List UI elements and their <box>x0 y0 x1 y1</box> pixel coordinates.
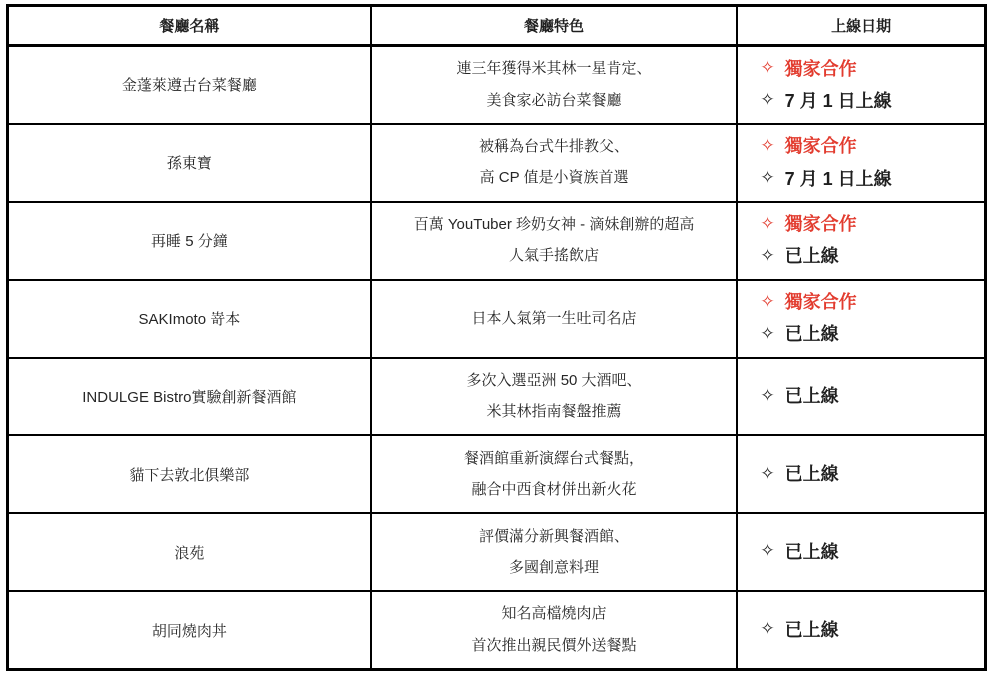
four-pointed-star-icon: ✧ <box>760 386 774 406</box>
restaurant-name-cell: 胡同燒肉丼 <box>9 592 370 668</box>
status-text: 已上線 <box>785 246 839 267</box>
launch-status: ✧7 月 1 日上線 <box>760 91 984 112</box>
restaurant-feature-line: 知名高檔燒肉店 <box>496 605 613 623</box>
column-header-restaurant-feature: 餐廳特色 <box>370 7 737 44</box>
exclusive-partnership-status: ✧獨家合作 <box>760 214 984 235</box>
launch-status: ✧已上線 <box>760 620 984 641</box>
column-header-launch-date: 上線日期 <box>736 7 984 44</box>
restaurant-name: 金蓬萊遵古台菜餐廳 <box>122 74 257 95</box>
launch-status: ✧已上線 <box>760 324 984 345</box>
restaurant-feature-line: 米其林指南餐盤推薦 <box>481 403 628 421</box>
four-pointed-star-icon: ✧ <box>760 324 774 344</box>
restaurant-name: SAKImoto 嵜本 <box>139 308 241 329</box>
table-row: SAKImoto 嵜本 日本人氣第一生吐司名店 ✧獨家合作✧已上線 <box>9 279 984 357</box>
four-pointed-star-icon: ✧ <box>760 58 774 78</box>
table-row: 孫東寶 被稱為台式牛排教父、高 CP 值是小資族首選 ✧獨家合作✧7 月 1 日… <box>9 123 984 201</box>
launch-date-cell: ✧獨家合作✧已上線 <box>736 203 984 279</box>
exclusive-partnership-status: ✧獨家合作 <box>760 136 984 157</box>
restaurant-name-cell: SAKImoto 嵜本 <box>9 281 370 357</box>
restaurant-name-cell: 再睡 5 分鐘 <box>9 203 370 279</box>
status-text: 獨家合作 <box>785 59 857 80</box>
restaurant-name: 浪苑 <box>174 542 204 563</box>
column-header-restaurant-name: 餐廳名稱 <box>9 7 370 44</box>
launch-status: ✧7 月 1 日上線 <box>760 169 984 190</box>
four-pointed-star-icon: ✧ <box>760 90 774 110</box>
four-pointed-star-icon: ✧ <box>760 541 774 561</box>
restaurant-feature-line: 融合中西食材併出新火花 <box>466 481 643 499</box>
restaurant-feature-line: 連三年獲得米其林一星肯定、 <box>451 60 658 78</box>
status-text: 已上線 <box>785 324 839 345</box>
restaurant-feature-line: 多國創意料理 <box>503 559 605 577</box>
launch-date-cell: ✧獨家合作✧7 月 1 日上線 <box>736 47 984 123</box>
restaurant-name: 胡同燒肉丼 <box>152 620 227 641</box>
launch-date-cell: ✧已上線 <box>736 592 984 668</box>
launch-date-cell: ✧已上線 <box>736 436 984 512</box>
launch-status: ✧已上線 <box>760 386 984 407</box>
four-pointed-star-icon: ✧ <box>760 168 774 188</box>
restaurant-feature-cell: 餐酒館重新演繹台式餐點，融合中西食材併出新火花 <box>370 436 737 512</box>
restaurant-feature-line: 高 CP 值是小資族首選 <box>474 169 635 187</box>
restaurant-name: INDULGE Bistro實驗創新餐酒館 <box>82 386 296 407</box>
launch-date-cell: ✧已上線 <box>736 514 984 590</box>
status-text: 已上線 <box>785 464 839 485</box>
restaurant-feature-line: 餐酒館重新演繹台式餐點， <box>458 450 650 468</box>
launch-date-cell: ✧已上線 <box>736 359 984 435</box>
table-row: 貓下去敦北俱樂部 餐酒館重新演繹台式餐點，融合中西食材併出新火花 ✧已上線 <box>9 434 984 512</box>
restaurant-feature-cell: 連三年獲得米其林一星肯定、美食家必訪台菜餐廳 <box>370 47 737 123</box>
four-pointed-star-icon: ✧ <box>760 619 774 639</box>
restaurant-name-cell: 孫東寶 <box>9 125 370 201</box>
status-text: 已上線 <box>785 620 839 641</box>
table-header-row: 餐廳名稱 餐廳特色 上線日期 <box>9 7 984 47</box>
restaurant-feature-line: 百萬 YouTuber 珍奶女神 - 滴妹創辦的超高 <box>408 216 701 234</box>
table-body: 金蓬萊遵古台菜餐廳 連三年獲得米其林一星肯定、美食家必訪台菜餐廳 ✧獨家合作✧7… <box>9 47 984 668</box>
launch-date-cell: ✧獨家合作✧已上線 <box>736 281 984 357</box>
status-text: 已上線 <box>785 386 839 407</box>
restaurant-feature-line: 美食家必訪台菜餐廳 <box>481 92 628 110</box>
four-pointed-star-icon: ✧ <box>760 464 774 484</box>
four-pointed-star-icon: ✧ <box>760 136 774 156</box>
table-row: 浪苑 評價滿分新興餐酒館、多國創意料理 ✧已上線 <box>9 512 984 590</box>
exclusive-partnership-status: ✧獨家合作 <box>760 59 984 80</box>
restaurant-feature-cell: 百萬 YouTuber 珍奶女神 - 滴妹創辦的超高人氣手搖飲店 <box>370 203 737 279</box>
status-text: 7 月 1 日上線 <box>785 91 892 112</box>
launch-status: ✧已上線 <box>760 464 984 485</box>
restaurant-name-cell: INDULGE Bistro實驗創新餐酒館 <box>9 359 370 435</box>
restaurant-feature-line: 日本人氣第一生吐司名店 <box>466 310 643 328</box>
four-pointed-star-icon: ✧ <box>760 292 774 312</box>
restaurant-feature-line: 評價滿分新興餐酒館、 <box>473 528 635 546</box>
launch-status: ✧已上線 <box>760 246 984 267</box>
restaurant-name: 孫東寶 <box>167 152 212 173</box>
restaurant-feature-cell: 被稱為台式牛排教父、高 CP 值是小資族首選 <box>370 125 737 201</box>
table-row: INDULGE Bistro實驗創新餐酒館 多次入選亞洲 50 大酒吧、米其林指… <box>9 357 984 435</box>
restaurant-feature-line: 多次入選亞洲 50 大酒吧、 <box>461 372 648 390</box>
launch-date-cell: ✧獨家合作✧7 月 1 日上線 <box>736 125 984 201</box>
restaurant-table: 餐廳名稱 餐廳特色 上線日期 金蓬萊遵古台菜餐廳 連三年獲得米其林一星肯定、美食… <box>6 4 987 671</box>
status-text: 獨家合作 <box>785 136 857 157</box>
status-text: 已上線 <box>785 542 839 563</box>
restaurant-feature-cell: 知名高檔燒肉店首次推出親民價外送餐點 <box>370 592 737 668</box>
status-text: 獨家合作 <box>785 214 857 235</box>
table-row: 胡同燒肉丼 知名高檔燒肉店首次推出親民價外送餐點 ✧已上線 <box>9 590 984 668</box>
restaurant-feature-cell: 評價滿分新興餐酒館、多國創意料理 <box>370 514 737 590</box>
four-pointed-star-icon: ✧ <box>760 246 774 266</box>
restaurant-feature-line: 首次推出親民價外送餐點 <box>466 637 643 655</box>
restaurant-feature-line: 人氣手搖飲店 <box>503 247 605 265</box>
restaurant-feature-cell: 日本人氣第一生吐司名店 <box>370 281 737 357</box>
restaurant-name-cell: 貓下去敦北俱樂部 <box>9 436 370 512</box>
table-row: 再睡 5 分鐘 百萬 YouTuber 珍奶女神 - 滴妹創辦的超高人氣手搖飲店… <box>9 201 984 279</box>
four-pointed-star-icon: ✧ <box>760 214 774 234</box>
status-text: 獨家合作 <box>785 292 857 313</box>
restaurant-name: 再睡 5 分鐘 <box>151 230 228 251</box>
restaurant-name-cell: 浪苑 <box>9 514 370 590</box>
launch-status: ✧已上線 <box>760 542 984 563</box>
restaurant-feature-cell: 多次入選亞洲 50 大酒吧、米其林指南餐盤推薦 <box>370 359 737 435</box>
table-row: 金蓬萊遵古台菜餐廳 連三年獲得米其林一星肯定、美食家必訪台菜餐廳 ✧獨家合作✧7… <box>9 47 984 123</box>
status-text: 7 月 1 日上線 <box>785 169 892 190</box>
exclusive-partnership-status: ✧獨家合作 <box>760 292 984 313</box>
restaurant-name: 貓下去敦北俱樂部 <box>129 464 249 485</box>
restaurant-feature-line: 被稱為台式牛排教父、 <box>473 138 635 156</box>
restaurant-name-cell: 金蓬萊遵古台菜餐廳 <box>9 47 370 123</box>
